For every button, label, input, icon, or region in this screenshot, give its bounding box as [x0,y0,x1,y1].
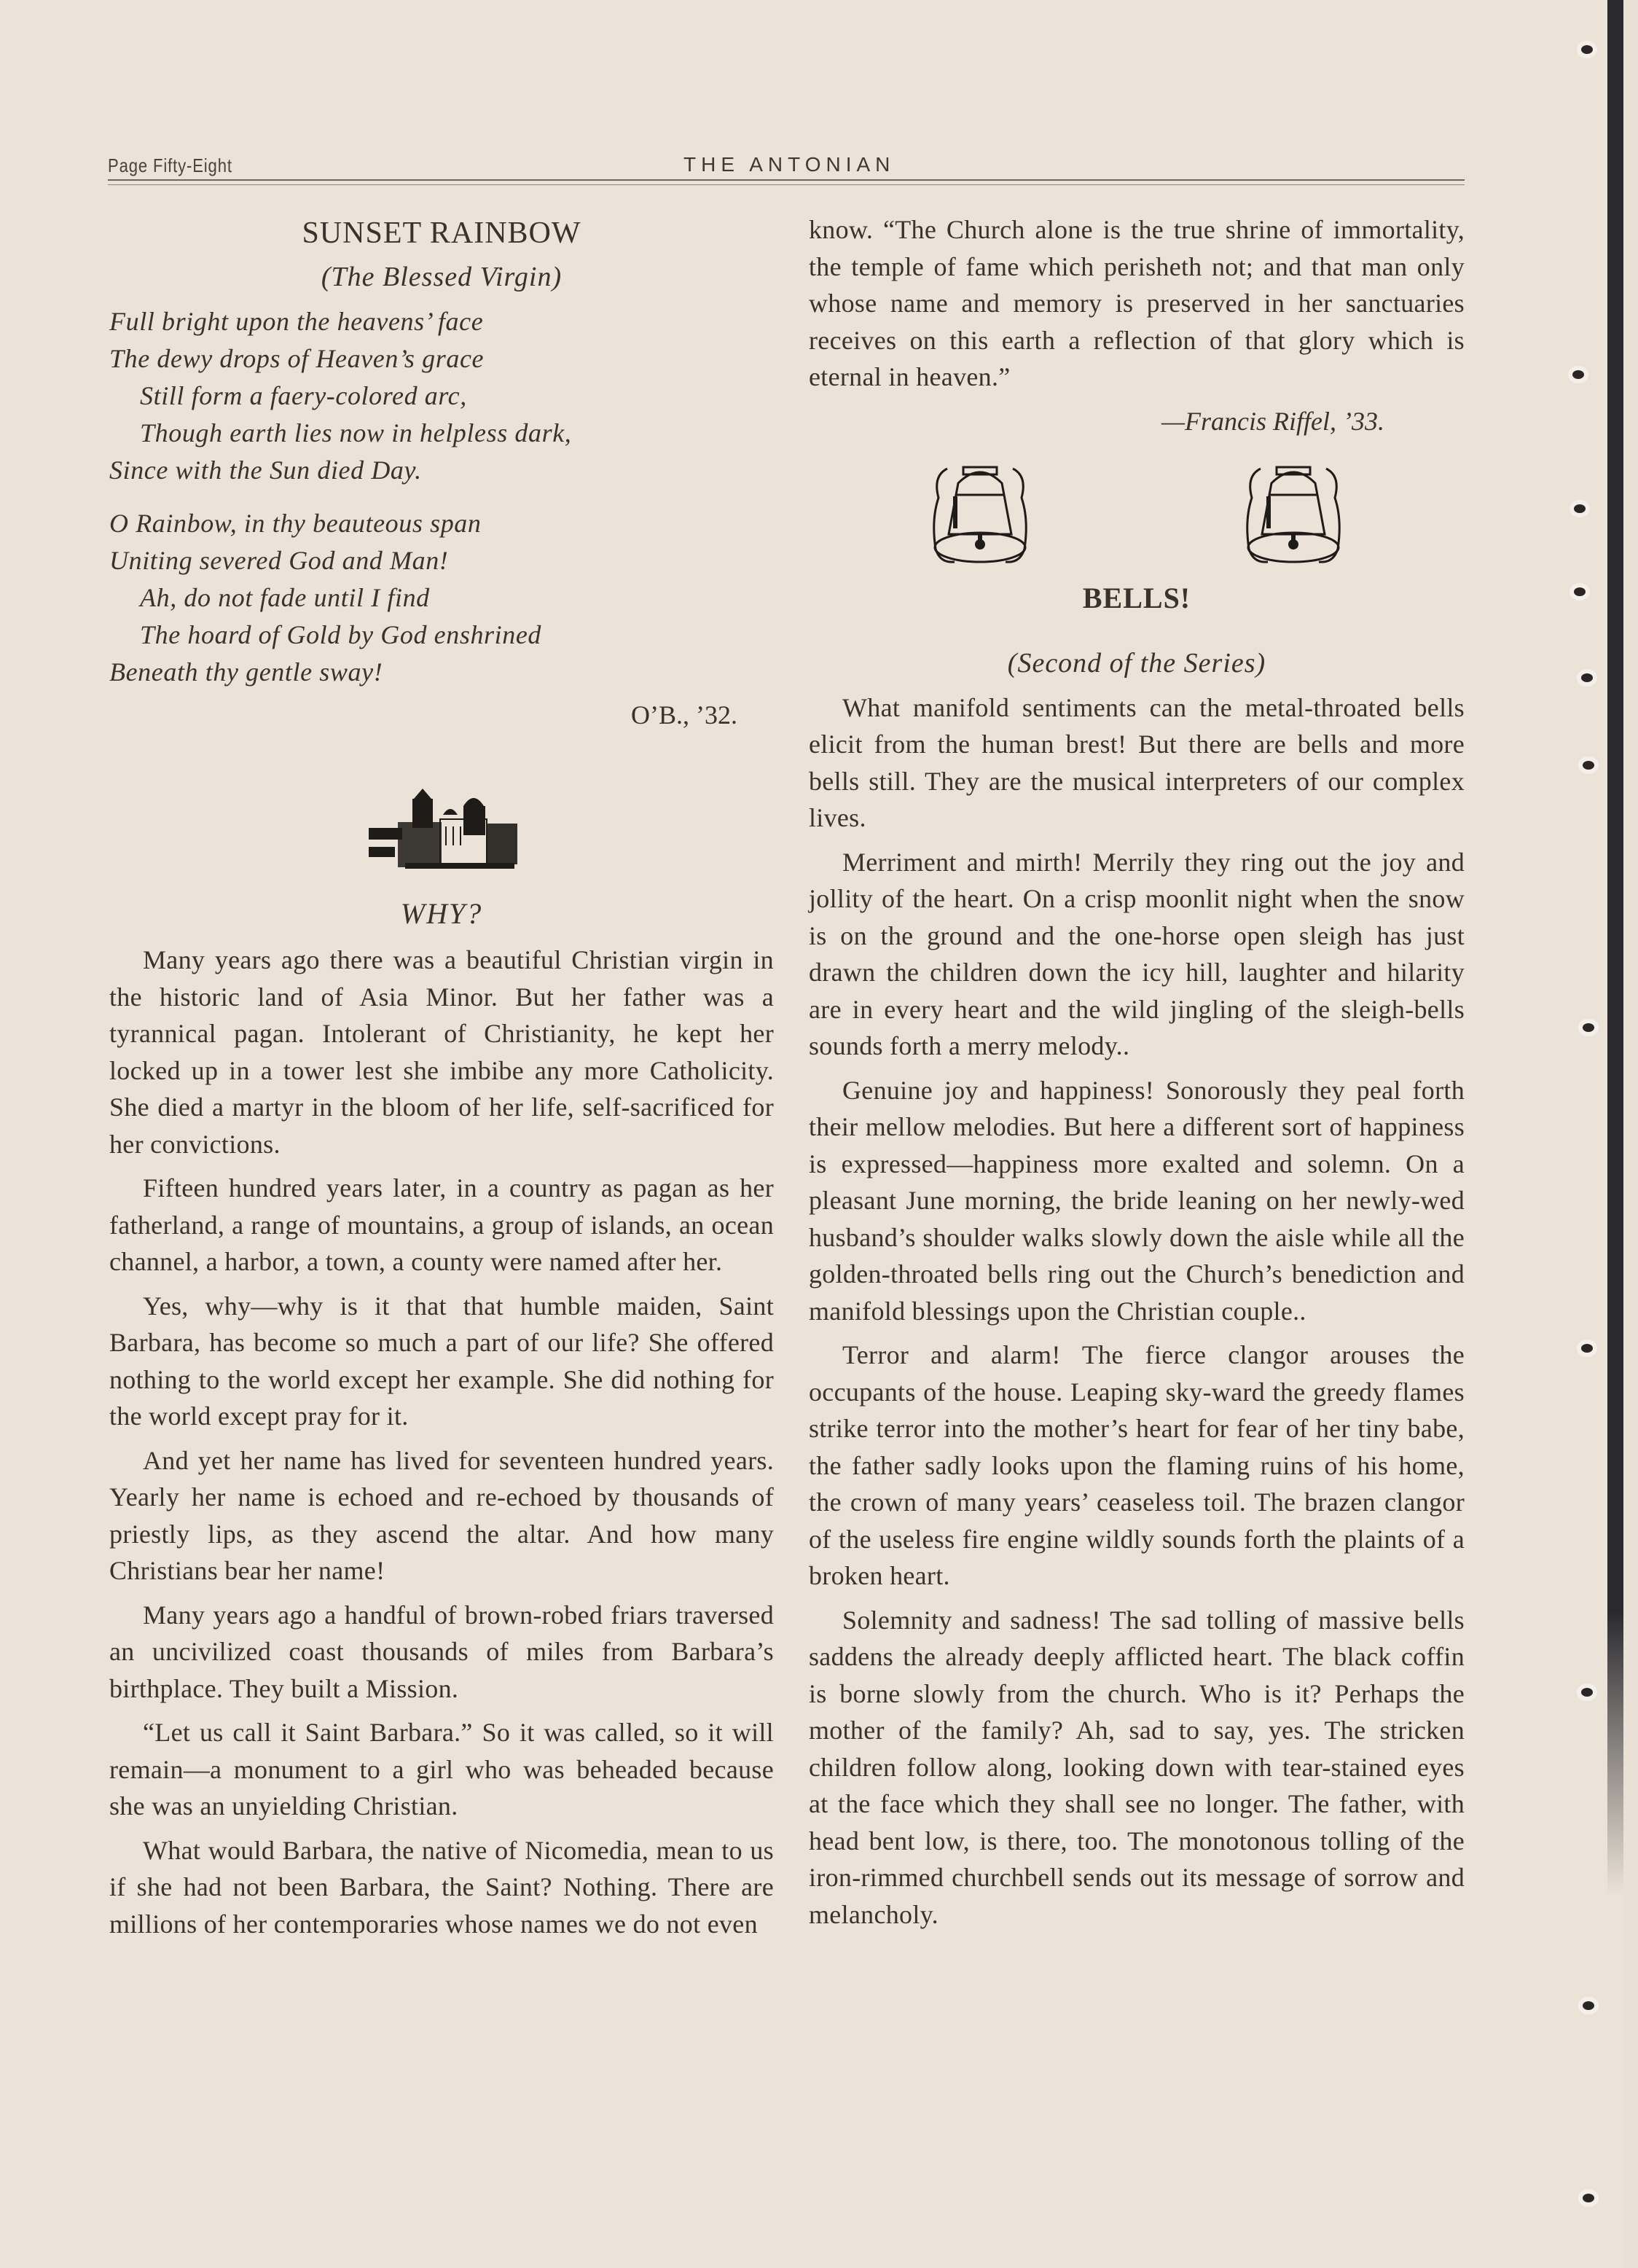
paragraph: Merriment and mirth! Merrily they ring o… [809,844,1465,1065]
why-article-continuation: know. “The Church alone is the true shri… [809,211,1465,396]
running-header: Page Fifty-Eight THE ANTONIAN [108,152,1465,181]
binding-hole [1583,761,1594,770]
poem-author: O’B., ’32. [109,697,774,733]
paragraph: Terror and alarm! The fierce clangor aro… [809,1337,1465,1595]
bells-article-title: BELLS! [809,578,1465,619]
binding-hole [1572,370,1584,379]
poem-line: Beneath thy gentle sway! [109,654,774,691]
scan-edge-strip [1607,0,1623,1895]
paragraph: What would Barbara, the native of Nicome… [109,1832,774,1943]
page-number-label: Page Fifty-Eight [108,155,232,177]
binding-hole [1574,504,1586,513]
paragraph: Solemnity and sadness! The sad tolling o… [809,1602,1465,1933]
paragraph: What manifold sentiments can the metal-t… [809,689,1465,837]
poem-body: Full bright upon the heavens’ face The d… [109,303,774,691]
bells-article-subtitle: (Second of the Series) [809,643,1465,684]
poem-line: Ah, do not fade until I find [109,579,774,617]
poem-line: Full bright upon the heavens’ face [109,303,774,340]
poem-line: The hoard of Gold by God enshrined [109,617,774,654]
binding-hole [1583,2194,1594,2202]
magazine-page: Page Fifty-Eight THE ANTONIAN SUNSET RAI… [0,0,1623,2268]
binding-hole [1581,1344,1593,1353]
left-column: SUNSET RAINBOW (The Blessed Virgin) Full… [109,211,774,1950]
binding-hole [1583,2001,1594,2010]
binding-hole [1574,587,1586,596]
magazine-title: THE ANTONIAN [683,153,895,176]
paragraph: Many years ago a handful of brown-robed … [109,1597,774,1708]
paragraph: Fifteen hundred years later, in a countr… [109,1170,774,1280]
poem-line: The dewy drops of Heaven’s grace [109,340,774,378]
right-column: know. “The Church alone is the true shri… [809,211,1465,1940]
poem-line: Since with the Sun died Day. [109,452,774,489]
paragraph: Many years ago there was a beautiful Chr… [109,942,774,1162]
mission-building-icon [354,784,529,879]
header-rule [108,179,1465,185]
paragraph: And yet her name has lived for seventeen… [109,1442,774,1589]
poem-stanza: Full bright upon the heavens’ face The d… [109,303,774,489]
binding-hole [1583,1023,1594,1032]
poem-line: O Rainbow, in thy beauteous span [109,505,774,542]
paragraph: Genuine joy and happiness! Sonorously th… [809,1072,1465,1330]
binding-hole [1581,45,1593,54]
poem-line: Still form a faery-colored arc, [109,378,774,415]
poem-title: SUNSET RAINBOW [109,211,774,255]
poem-stanza: O Rainbow, in thy beauteous span Uniting… [109,505,774,691]
poem-line: Though earth lies now in helpless dark, [109,415,774,452]
bell-icon [925,454,1035,571]
poem-line: Uniting severed God and Man! [109,542,774,579]
paragraph: Yes, why—why is it that that humble maid… [109,1288,774,1435]
binding-hole [1581,1688,1593,1697]
poem-subtitle: (The Blessed Virgin) [109,257,774,297]
why-article-title: WHY? [109,893,774,934]
why-article-author: —Francis Riffel, ’33. [809,403,1465,439]
bells-article-body: What manifold sentiments can the metal-t… [809,689,1465,1933]
why-article-body: Many years ago there was a beautiful Chr… [109,942,774,1942]
poem-sunset-rainbow: SUNSET RAINBOW (The Blessed Virgin) Full… [109,211,774,733]
bell-icon [1239,454,1348,571]
paragraph: know. “The Church alone is the true shri… [809,211,1465,396]
binding-hole [1581,673,1593,682]
paragraph: “Let us call it Saint Barbara.” So it wa… [109,1714,774,1825]
bells-illustration-row [809,454,1465,578]
